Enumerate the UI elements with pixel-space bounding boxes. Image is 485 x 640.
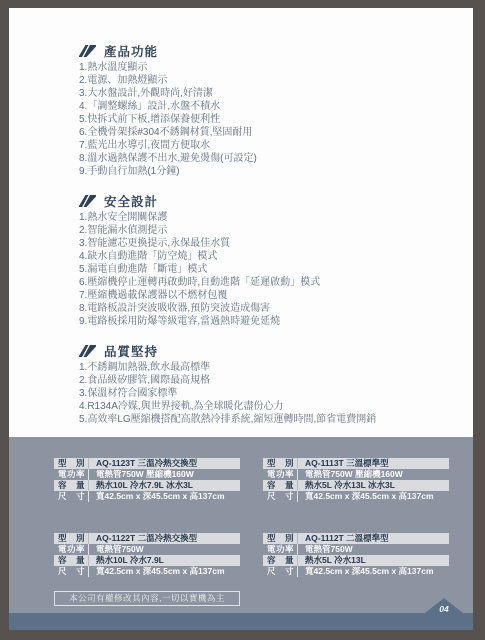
page-inner: 產品功能 1.熱水溫度顯示 2.電源、加熱燈顯示 3.大水盤設計,外觀時尚,好清… [9,8,473,630]
spec-label: 尺 寸 [54,491,87,502]
spec-label: 電功率 [54,469,87,480]
feature-list: 1.熱水安全開關保護 2.智能漏水偵測提示 3.智能濾芯更換提示,永保最佳水質 … [79,211,437,328]
feature-item: 8.電路板設計突波吸收器,預防突波造成傷害 [79,302,437,315]
flag-icon [79,45,96,57]
section-safety-design: 安全設計 1.熱水安全開關保護 2.智能漏水偵測提示 3.智能濾芯更換提示,永保… [79,194,437,328]
spec-row: 容 量 熱水5L 冷水13L 冰水3L [263,480,449,491]
feature-item: 7.壓縮機過載保護器以不燃材包覆 [79,289,437,302]
feature-item: 4.「調整螺絲」設計,水盤不積水 [79,100,437,113]
section-title-text: 安全設計 [104,192,158,210]
spec-label: 電功率 [263,469,296,480]
spec-value: 熱水10L 冷水7.9L 冰水3L [88,480,193,491]
spec-row: 型 別 AQ-1122T 二溫冷熱交換型 [54,533,240,544]
feature-item: 2.食品級矽膠管,國際最高規格 [79,374,437,387]
spec-row: 電功率 電熱管750W 壓縮機160W [263,469,449,480]
spec-label: 容 量 [54,555,87,566]
spec-label: 尺 寸 [54,566,87,577]
feature-item: 9.手動自行加熱(1分鐘) [79,165,437,178]
spec-row: 型 別 AQ-1113T 三溫標準型 [263,458,449,469]
spec-row: 容 量 熱水10L 冷水7.9L 冰水3L [54,480,240,491]
brochure-page: 產品功能 1.熱水溫度顯示 2.電源、加熱燈顯示 3.大水盤設計,外觀時尚,好清… [0,0,485,640]
spec-value: 電熱管750W [297,544,353,555]
feature-item: 4.R134A冷媒,與世界接軌,為全球暖化盡份心力 [79,400,437,413]
feature-item: 6.壓縮機停止運轉再啟動時,自動進階「延遲啟動」模式 [79,276,437,289]
feature-item: 2.智能漏水偵測提示 [79,224,437,237]
feature-item: 5.快拆式前下板,增添保養便利性 [79,113,437,126]
feature-item: 5.漏電自動進階「斷電」模式 [79,263,437,276]
footer-strip: 04 [9,613,473,630]
spec-row: 型 別 AQ-1112T 二溫標準型 [263,533,449,544]
spec-row: 尺 寸 寬42.5cm x 深45.5cm x 高137cm [263,491,449,502]
spec-table-aq-1113t: 型 別 AQ-1113T 三溫標準型 電功率 電熱管750W 壓縮機160W 容… [263,458,449,502]
spec-label: 尺 寸 [263,491,296,502]
spec-label: 型 別 [54,533,87,544]
spec-label: 電功率 [54,544,87,555]
spec-row: 電功率 電熱管750W [54,544,240,555]
spec-value: 熱水10L 冷水7.9L [88,555,164,566]
spec-label: 型 別 [263,533,296,544]
flag-icon [79,195,96,207]
spec-value: 寬42.5cm x 深45.5cm x 高137cm [297,491,434,502]
feature-item: 3.保溫材符合國家標準 [79,387,437,400]
spec-label: 容 量 [263,480,296,491]
spec-value: AQ-1112T 二溫標準型 [297,533,389,544]
spec-row: 容 量 熱水10L 冷水7.9L [54,555,240,566]
spec-value: 寬42.5cm x 深45.5cm x 高137cm [88,491,225,502]
disclaimer-note: 本公司有權修改其內容,一切以實機為主 [54,591,240,606]
section-title-text: 品質堅持 [104,342,158,360]
feature-item: 1.不銹鋼加熱器,飲水最高標準 [79,361,437,374]
spec-label: 電功率 [263,544,296,555]
spec-value: 寬42.5cm x 深45.5cm x 高137cm [297,566,434,577]
feature-item: 3.大水盤設計,外觀時尚,好清潔 [79,87,437,100]
feature-area: 產品功能 1.熱水溫度顯示 2.電源、加熱燈顯示 3.大水盤設計,外觀時尚,好清… [9,8,473,437]
section-title: 安全設計 [79,194,437,208]
section-product-features: 產品功能 1.熱水溫度顯示 2.電源、加熱燈顯示 3.大水盤設計,外觀時尚,好清… [79,44,437,178]
spec-label: 容 量 [54,480,87,491]
feature-item: 4.缺水自動進階「防空燒」模式 [79,250,437,263]
spec-label: 型 別 [54,458,87,469]
spec-value: 熱水5L 冷水13L [297,555,366,566]
spec-value: 熱水5L 冷水13L 冰水3L [297,480,395,491]
flag-icon [79,345,96,357]
feature-item: 6.全機骨架採#304不銹鋼材質,堅固耐用 [79,126,437,139]
spec-row: 型 別 AQ-1123T 三溫冷熱交換型 [54,458,240,469]
feature-list: 1.熱水溫度顯示 2.電源、加熱燈顯示 3.大水盤設計,外觀時尚,好清潔 4.「… [79,61,437,178]
feature-item: 5.高效率LG壓縮機搭配高散熱冷排系統,縮短運轉時間,節省電費開銷 [79,413,437,426]
section-title-text: 產品功能 [104,42,158,60]
feature-item: 2.電源、加熱燈顯示 [79,74,437,87]
spec-row: 電功率 電熱管750W [263,544,449,555]
spec-value: AQ-1113T 三溫標準型 [297,458,389,469]
spec-row: 尺 寸 寬42.5cm x 深45.5cm x 高137cm [263,566,449,577]
spec-label: 型 別 [263,458,296,469]
spec-value: 電熱管750W 壓縮機160W [88,469,194,480]
feature-item: 8.溫水過熱保護不出水,避免燙傷(可設定) [79,152,437,165]
spec-section: 型 別 AQ-1123T 三溫冷熱交換型 電功率 電熱管750W 壓縮機160W… [9,437,473,613]
feature-item: 3.智能濾芯更換提示,永保最佳水質 [79,237,437,250]
spec-row: 尺 寸 寬42.5cm x 深45.5cm x 高137cm [54,491,240,502]
feature-item: 1.熱水安全開關保護 [79,211,437,224]
spec-row: 尺 寸 寬42.5cm x 深45.5cm x 高137cm [54,566,240,577]
spec-label: 尺 寸 [263,566,296,577]
spec-row: 電功率 電熱管750W 壓縮機160W [54,469,240,480]
section-title: 產品功能 [79,44,437,58]
feature-item: 9.電路板採用防爆等級電容,當過熱時避免延燒 [79,315,437,328]
spec-value: 電熱管750W 壓縮機160W [297,469,403,480]
spec-table-aq-1122t: 型 別 AQ-1122T 二溫冷熱交換型 電功率 電熱管750W 容 量 熱水1… [54,533,240,577]
spec-value: 寬42.5cm x 深45.5cm x 高137cm [88,566,225,577]
page-number: 04 [434,604,454,614]
feature-item: 7.藍光出水導引,夜間方便取水 [79,139,437,152]
spec-row: 容 量 熱水5L 冷水13L [263,555,449,566]
spec-table-aq-1123t: 型 別 AQ-1123T 三溫冷熱交換型 電功率 電熱管750W 壓縮機160W… [54,458,240,502]
spec-table-aq-1112t: 型 別 AQ-1112T 二溫標準型 電功率 電熱管750W 容 量 熱水5L … [263,533,449,577]
spec-value: AQ-1123T 三溫冷熱交換型 [88,458,197,469]
section-quality: 品質堅持 1.不銹鋼加熱器,飲水最高標準 2.食品級矽膠管,國際最高規格 3.保… [79,344,437,426]
spec-value: 電熱管750W [88,544,144,555]
section-title: 品質堅持 [79,344,437,358]
spec-label: 容 量 [263,555,296,566]
spec-value: AQ-1122T 二溫冷熱交換型 [88,533,197,544]
feature-list: 1.不銹鋼加熱器,飲水最高標準 2.食品級矽膠管,國際最高規格 3.保溫材符合國… [79,361,437,426]
feature-item: 1.熱水溫度顯示 [79,61,437,74]
